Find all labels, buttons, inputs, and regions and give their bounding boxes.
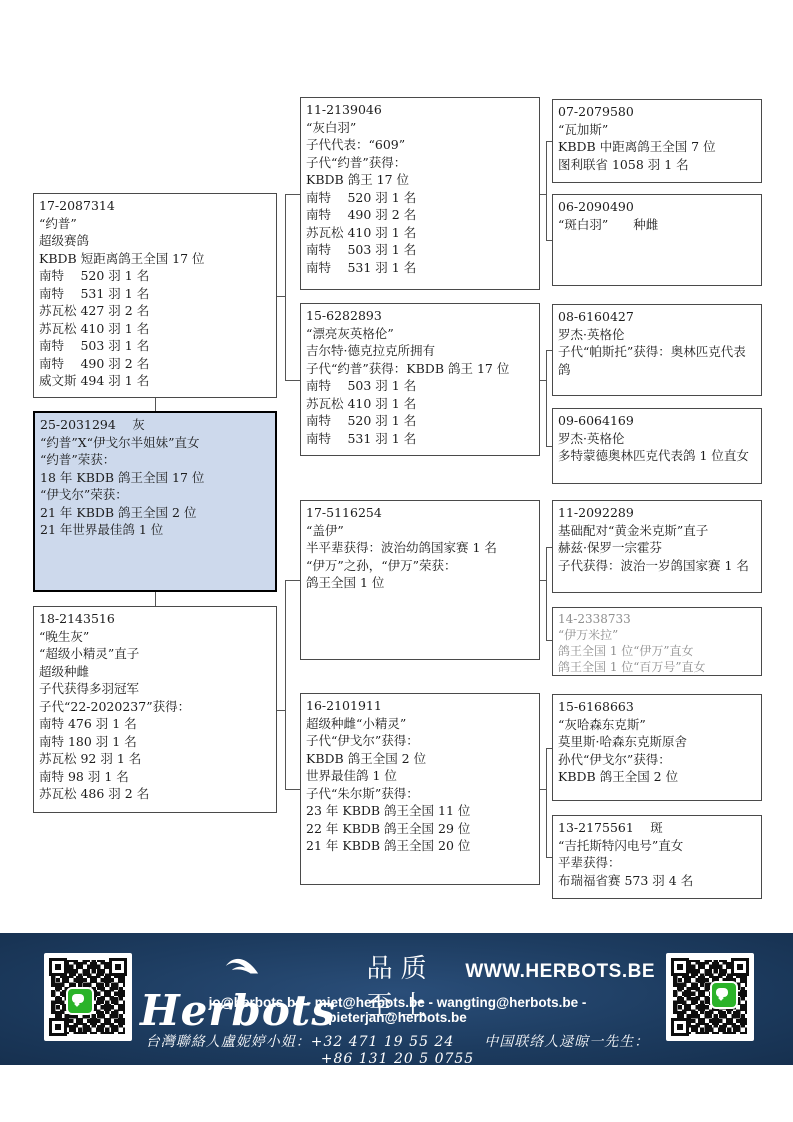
chat-app-icon xyxy=(710,981,738,1009)
qr-finder-icon xyxy=(49,1018,67,1036)
pedigree-text-line: 子代“朱尔斯”获得： xyxy=(306,785,534,803)
pedigree-text-line: 罗杰·英格伦 xyxy=(558,326,756,344)
pedigree-text-line: 子代“伊戈尔”获得： xyxy=(306,732,534,750)
pedigree-text-line: 南特 98 羽 1 名 xyxy=(39,768,271,786)
pedigree-text-line: 南特 520 羽 1 名 xyxy=(306,412,534,430)
pedigree-text-line: “瓦加斯” xyxy=(558,121,756,139)
qr-finder-icon xyxy=(671,1018,689,1036)
pedigree-text-line: 21 年 KBDB 鸽王全国 20 位 xyxy=(306,837,534,855)
brand-row: Herbots 品质至上 WWW.HERBOTS.BE xyxy=(140,939,655,991)
pedigree-box-09-6064169: 09-6064169罗杰·英格伦多特蒙德奥林匹克代表鸽 1 位直女 xyxy=(552,408,762,484)
connector-line xyxy=(285,580,300,581)
connector-line xyxy=(546,446,552,447)
connector-line xyxy=(546,350,552,351)
pedigree-text-line: 南特 520 羽 1 名 xyxy=(39,267,271,285)
pedigree-text-line: KBDB 鸽王全国 2 位 xyxy=(558,768,756,786)
pedigree-box-13-2175561: 13-2175561 斑“吉托斯特闪电号”直女平辈获得：布瑞福省赛 573 羽 … xyxy=(552,815,762,899)
pedigree-text-line: 南特 503 羽 1 名 xyxy=(39,337,271,355)
pedigree-text-line: 25-2031294 灰 xyxy=(40,416,270,434)
pedigree-text-line: 子代获得多羽冠军 xyxy=(39,680,271,698)
pedigree-text-line: KBDB 中距离鸽王全国 7 位 xyxy=(558,138,756,156)
pedigree-text-line: 超级种雌“小精灵” xyxy=(306,715,534,733)
pedigree-text-line: “超级小精灵”直子 xyxy=(39,645,271,663)
pedigree-text-line: “约普”X“伊戈尔半姐妹”直女 xyxy=(40,434,270,452)
pedigree-text-line: “灰哈森东克斯” xyxy=(558,716,756,734)
pedigree-text-line: 18-2143516 xyxy=(39,610,271,628)
pedigree-text-line: 09-6064169 xyxy=(558,412,756,430)
pedigree-text-line: 11-2092289 xyxy=(558,504,756,522)
pedigree-text-line: 07-2079580 xyxy=(558,103,756,121)
pedigree-text-line: 21 年 KBDB 鸽王全国 2 位 xyxy=(40,504,270,522)
pedigree-box-07-2079580: 07-2079580“瓦加斯”KBDB 中距离鸽王全国 7 位图利联省 1058… xyxy=(552,99,762,183)
pedigree-text-line: 世界最佳鸽 1 位 xyxy=(306,767,534,785)
qr-code-left xyxy=(44,953,132,1041)
pedigree-box-subject-25-2031294: 25-2031294 灰“约普”X“伊戈尔半姐妹”直女“约普”荣获：18 年 K… xyxy=(33,411,277,592)
pedigree-text-line: 苏瓦松 410 羽 1 名 xyxy=(306,395,534,413)
pedigree-text-line: “盖伊” xyxy=(306,522,534,540)
connector-line xyxy=(546,240,552,241)
connector-line xyxy=(546,141,552,142)
connector-line xyxy=(277,710,285,711)
pedigree-text-line: 子代获得：波治一岁鸽国家赛 1 名 xyxy=(558,557,756,575)
pedigree-text-line: 06-2090490 xyxy=(558,198,756,216)
pedigree-text-line: “约普” xyxy=(39,215,271,233)
pedigree-text-line: 苏瓦松 427 羽 2 名 xyxy=(39,302,271,320)
pedigree-text-line: 南特 503 羽 1 名 xyxy=(306,377,534,395)
pedigree-text-line: 17-2087314 xyxy=(39,197,271,215)
pedigree-text-line: “约普”荣获： xyxy=(40,451,270,469)
pedigree-text-line: 南特 503 羽 1 名 xyxy=(306,241,534,259)
pedigree-text-line: 13-2175561 斑 xyxy=(558,819,756,837)
pedigree-text-line: “伊戈尔”荣获： xyxy=(40,486,270,504)
pedigree-text-line: 子代代表：“609” xyxy=(306,136,534,154)
pedigree-text-line: 基础配对“黄金米克斯”直子 xyxy=(558,522,756,540)
footer-contacts: 台灣聯絡人盧妮婷小姐：+32 471 19 55 24 中国联络人逯晾一先生：+… xyxy=(140,1031,655,1067)
pedigree-text-line: 半平辈获得：波治幼鸽国家赛 1 名 xyxy=(306,539,534,557)
pedigree-text-line: “漂亮灰英格伦” xyxy=(306,325,534,343)
pedigree-text-line: 超级种雌 xyxy=(39,663,271,681)
pedigree-text-line: 南特 490 羽 2 名 xyxy=(39,355,271,373)
connector-line xyxy=(546,857,552,858)
pedigree-text-line: 08-6160427 xyxy=(558,308,756,326)
qr-code-right xyxy=(666,953,754,1041)
pedigree-text-line: 鸽王全国 1 位 xyxy=(306,574,534,592)
pedigree-box-15-6168663: 15-6168663“灰哈森东克斯”莫里斯·哈森东克斯原舍孙代“伊戈尔”获得：K… xyxy=(552,694,762,801)
connector-line xyxy=(546,141,547,240)
pedigree-text-line: 子代“约普”获得：KBDB 鸽王 17 位 xyxy=(306,360,534,378)
connector-line xyxy=(285,380,300,381)
pedigree-text-line: KBDB 鸽王全国 2 位 xyxy=(306,750,534,768)
footer-content: Herbots 品质至上 WWW.HERBOTS.BE jo@herbots.b… xyxy=(140,939,655,1121)
connector-line xyxy=(546,547,547,640)
pedigree-text-line: 苏瓦松 92 羽 1 名 xyxy=(39,750,271,768)
pedigree-text-line: 鸽王全国 1 位“百万号”直女 xyxy=(558,659,756,675)
qr-finder-icon xyxy=(109,958,127,976)
pedigree-box-17-5116254: 17-5116254“盖伊”半平辈获得：波治幼鸽国家赛 1 名“伊万”之孙，“伊… xyxy=(300,500,540,660)
pedigree-text-line: 南特 531 羽 1 名 xyxy=(39,285,271,303)
pedigree-box-15-6282893: 15-6282893“漂亮灰英格伦”吉尔特·德克拉克所拥有子代“约普”获得：KB… xyxy=(300,303,540,456)
connector-line xyxy=(277,296,285,297)
pedigree-box-06-2090490: 06-2090490“斑白羽” 种雌 xyxy=(552,194,762,286)
pedigree-text-line: “伊万”之孙，“伊万”荣获： xyxy=(306,557,534,575)
footer-website: WWW.HERBOTS.BE xyxy=(465,961,655,983)
connector-line xyxy=(546,547,552,548)
pedigree-text-line: 平辈获得： xyxy=(558,854,756,872)
connector-line xyxy=(546,748,552,749)
pedigree-text-line: 孙代“伊戈尔”获得： xyxy=(558,751,756,769)
pedigree-box-11-2139046: 11-2139046“灰白羽”子代代表：“609”子代“约普”获得：KBDB 鸽… xyxy=(300,97,540,290)
pedigree-text-line: 11-2139046 xyxy=(306,101,534,119)
qr-finder-icon xyxy=(671,958,689,976)
pedigree-text-line: 苏瓦松 486 羽 2 名 xyxy=(39,785,271,803)
pedigree-text-line: “晚生灰” xyxy=(39,628,271,646)
pedigree-text-line: “灰白羽” xyxy=(306,119,534,137)
pedigree-text-line: 赫兹·保罗一宗霍芬 xyxy=(558,539,756,557)
pedigree-text-line: 鸽王全国 1 位“伊万”直女 xyxy=(558,643,756,659)
pedigree-text-line: 超级赛鸽 xyxy=(39,232,271,250)
qr-finder-icon xyxy=(731,958,749,976)
feather-icon xyxy=(225,953,259,977)
pedigree-text-line: 子代“帕斯托”获得：奥林匹克代表鸽 xyxy=(558,343,756,378)
herbots-logo: Herbots xyxy=(140,939,336,1035)
pedigree-box-11-2092289: 11-2092289基础配对“黄金米克斯”直子赫兹·保罗一宗霍芬子代获得：波治一… xyxy=(552,500,762,593)
footer-slogan: 贺伯特家族...秉持品质第一与诚实可靠，力求提供完美的服务！ xyxy=(140,1073,655,1121)
pedigree-text-line: 14-2338733 xyxy=(558,611,756,627)
pedigree-text-line: 22 年 KBDB 鸽王全国 29 位 xyxy=(306,820,534,838)
pedigree-text-line: 布瑞福省赛 573 羽 4 名 xyxy=(558,872,756,890)
pedigree-text-line: 南特 531 羽 1 名 xyxy=(306,259,534,277)
pedigree-document: 17-2087314“约普”超级赛鸽KBDB 短距离鸽王全国 17 位南特 52… xyxy=(0,0,793,1122)
pedigree-text-line: 罗杰·英格伦 xyxy=(558,430,756,448)
pedigree-text-line: 15-6168663 xyxy=(558,698,756,716)
pedigree-text-line: KBDB 鸽王 17 位 xyxy=(306,171,534,189)
pedigree-text-line: “斑白羽” 种雌 xyxy=(558,216,756,234)
pedigree-text-line: 南特 520 羽 1 名 xyxy=(306,189,534,207)
pedigree-text-line: 苏瓦松 410 羽 1 名 xyxy=(306,224,534,242)
pedigree-text-line: 南特 531 羽 1 名 xyxy=(306,430,534,448)
connector-line xyxy=(285,580,286,789)
pedigree-box-14-2338733: 14-2338733“伊万米拉”鸽王全国 1 位“伊万”直女鸽王全国 1 位“百… xyxy=(552,607,762,676)
pedigree-text-line: 17-5116254 xyxy=(306,504,534,522)
pedigree-text-line: 苏瓦松 410 羽 1 名 xyxy=(39,320,271,338)
pedigree-text-line: 子代“约普”获得： xyxy=(306,154,534,172)
pedigree-box-18-2143516: 18-2143516“晚生灰”“超级小精灵”直子超级种雌子代获得多羽冠军子代“2… xyxy=(33,606,277,813)
footer-banner: Herbots 品质至上 WWW.HERBOTS.BE jo@herbots.b… xyxy=(0,933,793,1065)
pedigree-text-line: 南特 180 羽 1 名 xyxy=(39,733,271,751)
connector-line xyxy=(155,592,156,606)
chat-app-icon xyxy=(66,987,94,1015)
pedigree-box-08-6160427: 08-6160427罗杰·英格伦子代“帕斯托”获得：奥林匹克代表鸽 xyxy=(552,304,762,396)
pedigree-text-line: 南特 490 羽 2 名 xyxy=(306,206,534,224)
connector-line xyxy=(285,194,286,380)
pedigree-text-line: 吉尔特·德克拉克所拥有 xyxy=(306,342,534,360)
pedigree-text-line: 多特蒙德奥林匹克代表鸽 1 位直女 xyxy=(558,447,756,465)
pedigree-box-16-2101911: 16-2101911超级种雌“小精灵”子代“伊戈尔”获得：KBDB 鸽王全国 2… xyxy=(300,693,540,885)
pedigree-box-17-2087314: 17-2087314“约普”超级赛鸽KBDB 短距离鸽王全国 17 位南特 52… xyxy=(33,193,277,398)
connector-line xyxy=(546,748,547,857)
pedigree-text-line: 23 年 KBDB 鸽王全国 11 位 xyxy=(306,802,534,820)
connector-line xyxy=(285,789,300,790)
pedigree-text-line: 莫里斯·哈森东克斯原舍 xyxy=(558,733,756,751)
pedigree-text-line: 图利联省 1058 羽 1 名 xyxy=(558,156,756,174)
connector-line xyxy=(285,194,300,195)
pedigree-text-line: 子代“22-2020237”获得： xyxy=(39,698,271,716)
pedigree-text-line: “吉托斯特闪电号”直女 xyxy=(558,837,756,855)
connector-line xyxy=(546,640,552,641)
qr-finder-icon xyxy=(49,958,67,976)
pedigree-text-line: 21 年世界最佳鸽 1 位 xyxy=(40,521,270,539)
pedigree-text-line: 15-6282893 xyxy=(306,307,534,325)
connector-line xyxy=(546,350,547,446)
connector-line xyxy=(155,398,156,411)
pedigree-text-line: 16-2101911 xyxy=(306,697,534,715)
pedigree-text-line: 18 年 KBDB 鸽王全国 17 位 xyxy=(40,469,270,487)
pedigree-text-line: 南特 476 羽 1 名 xyxy=(39,715,271,733)
pedigree-text-line: 威文斯 494 羽 1 名 xyxy=(39,372,271,390)
pedigree-text-line: “伊万米拉” xyxy=(558,627,756,643)
pedigree-text-line: KBDB 短距离鸽王全国 17 位 xyxy=(39,250,271,268)
